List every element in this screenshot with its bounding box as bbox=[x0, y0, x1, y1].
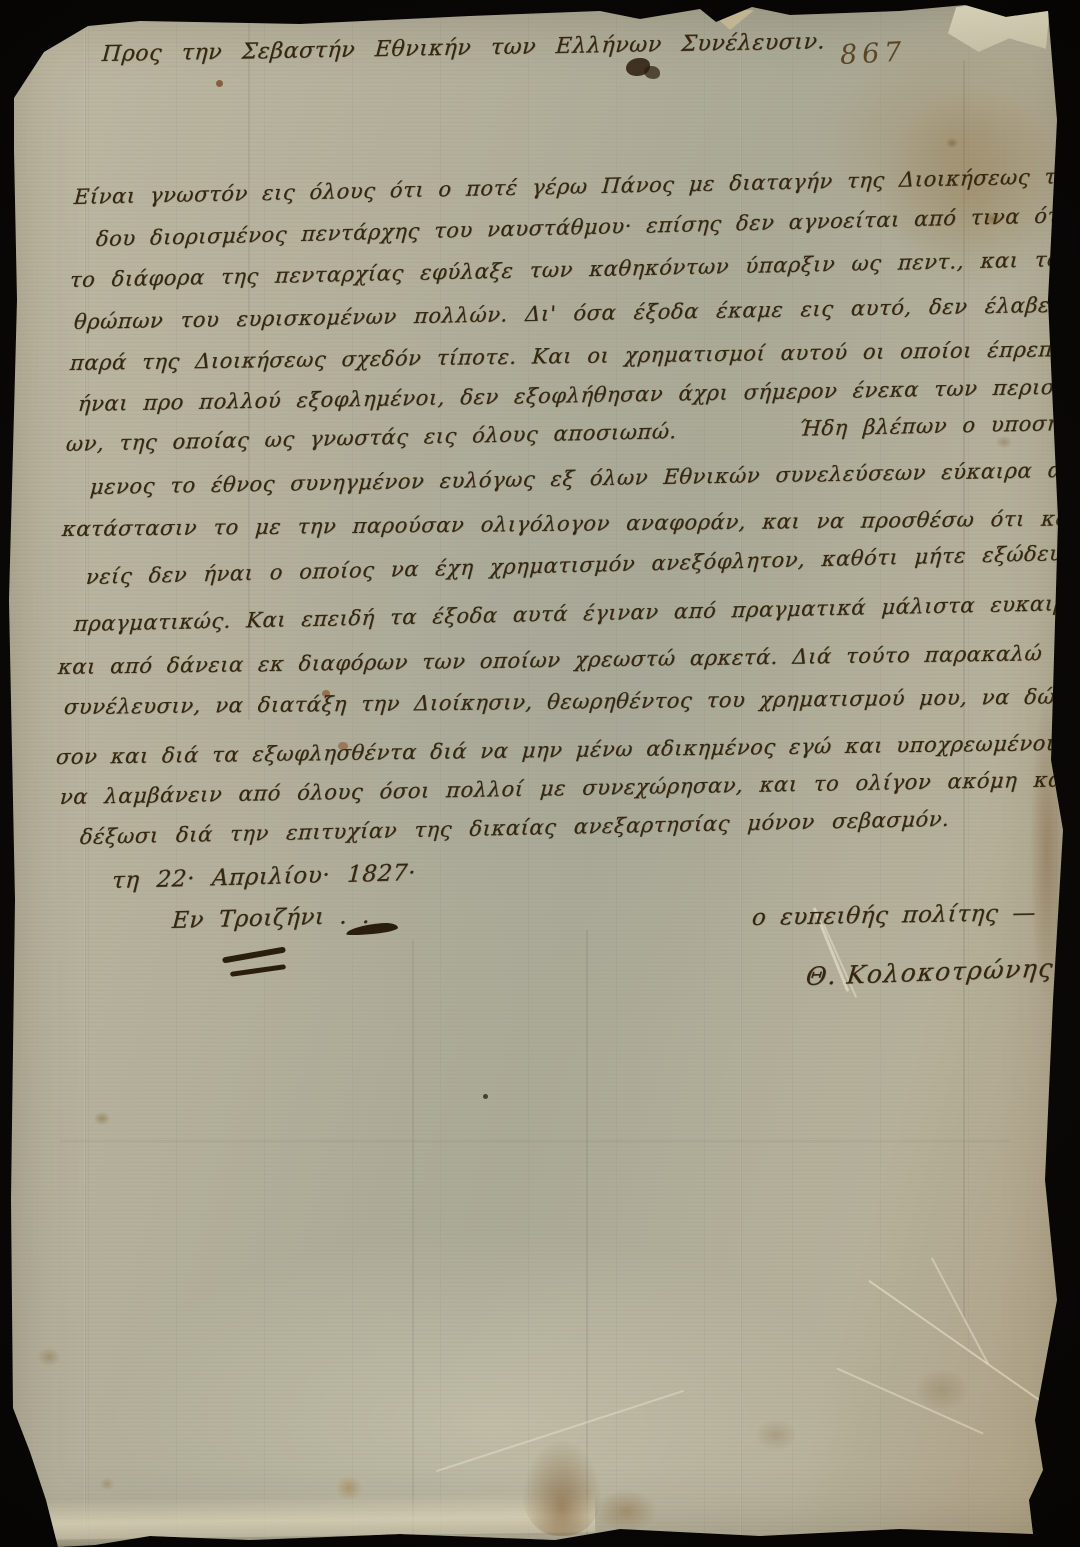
wrinkle-highlight bbox=[868, 1280, 1041, 1402]
stain bbox=[100, 1478, 114, 1490]
torn-corner-flap bbox=[948, 2, 1050, 54]
fold-crease bbox=[84, 20, 86, 1530]
paper-sheet: Προς την Σεβαστήν Εθνικήν των Ελλήνων Συ… bbox=[0, 0, 1080, 1547]
ink-smudge bbox=[626, 58, 650, 76]
flourish-underline bbox=[222, 946, 286, 963]
fold-crease bbox=[60, 1140, 1010, 1142]
signature-line: Θ. Κολοκοτρώνης bbox=[804, 953, 1055, 991]
stain bbox=[216, 80, 223, 87]
closing-line: ο ευπειθής πολίτης — bbox=[751, 900, 1037, 931]
bottom-edge-underlap bbox=[35, 1492, 596, 1540]
place-line: Εν Τροιζήνι . . bbox=[171, 903, 371, 934]
wrinkle-highlight bbox=[436, 1390, 684, 1472]
stain bbox=[996, 436, 1012, 448]
body-line: ήναι προ πολλού εξοφλημένοι, δεν εξοφλήθ… bbox=[77, 374, 1080, 416]
ink-smudge bbox=[644, 66, 660, 79]
fold-crease bbox=[586, 930, 588, 1540]
body-line: παρά της Διοικήσεως σχεδόν τίποτε. Και ο… bbox=[69, 336, 1080, 375]
stain bbox=[916, 1370, 968, 1410]
stain bbox=[94, 1112, 110, 1125]
body-line: σον και διά τα εξωφλησθέντα διά να μην μ… bbox=[55, 729, 1080, 769]
body-line: κατάστασιν το με την παρούσαν ολιγόλογον… bbox=[61, 506, 1079, 541]
body-line: συνέλευσιν, να διατάξη την Διοίκησιν, θε… bbox=[63, 684, 1080, 719]
stain bbox=[522, 1440, 602, 1536]
body-line: μενος το έθνος συνηγμένον ευλόγως εξ όλω… bbox=[89, 456, 1080, 499]
fold-edge-highlight bbox=[706, 8, 754, 30]
stain bbox=[336, 1476, 362, 1500]
body-line: και από δάνεια εκ διαφόρων των οποίων χρ… bbox=[57, 640, 1080, 679]
body-line: να λαμβάνειν από όλους όσοι πολλοί με συ… bbox=[59, 766, 1080, 809]
body-line: ων, της οποίας ως γνωστάς εις όλους αποσ… bbox=[65, 410, 1080, 456]
stain bbox=[483, 1094, 488, 1099]
body-line: νείς δεν ήναι ο οποίος να έχη χρηματισμό… bbox=[85, 540, 1080, 589]
date-line: τη 22· Απριλίου· 1827· bbox=[111, 860, 417, 894]
wrinkle-highlight bbox=[931, 1258, 989, 1365]
body-line: θρώπων του ευρισκομένων πολλών. Δι' όσα … bbox=[73, 293, 1051, 334]
stain bbox=[38, 1348, 60, 1366]
body-line: πραγματικώς. Και επειδή τα έξοδα αυτά έγ… bbox=[73, 591, 1080, 636]
heading-line: Προς την Σεβαστήν Εθνικήν των Ελλήνων Συ… bbox=[101, 29, 826, 67]
scanner-background: Προς την Σεβαστήν Εθνικήν των Ελλήνων Συ… bbox=[0, 0, 1080, 1547]
stain bbox=[756, 1420, 796, 1450]
page-number: 867 bbox=[839, 37, 907, 71]
body-line: Είναι γνωστόν εις όλους ότι ο ποτέ γέρω … bbox=[73, 161, 1080, 209]
flourish-underline bbox=[230, 964, 286, 977]
body-line: δου διορισμένος πεντάρχης του ναυστάθμου… bbox=[95, 201, 1080, 251]
body-line: δέξωσι διά την επιτυχίαν της δικαίας ανε… bbox=[79, 807, 950, 849]
body-line: το διάφορα της πενταρχίας εφύλαξε των κα… bbox=[69, 246, 1080, 292]
stain bbox=[596, 1490, 656, 1532]
wrinkle-highlight bbox=[837, 1368, 984, 1435]
fold-crease bbox=[412, 940, 414, 1540]
stain bbox=[946, 138, 958, 148]
